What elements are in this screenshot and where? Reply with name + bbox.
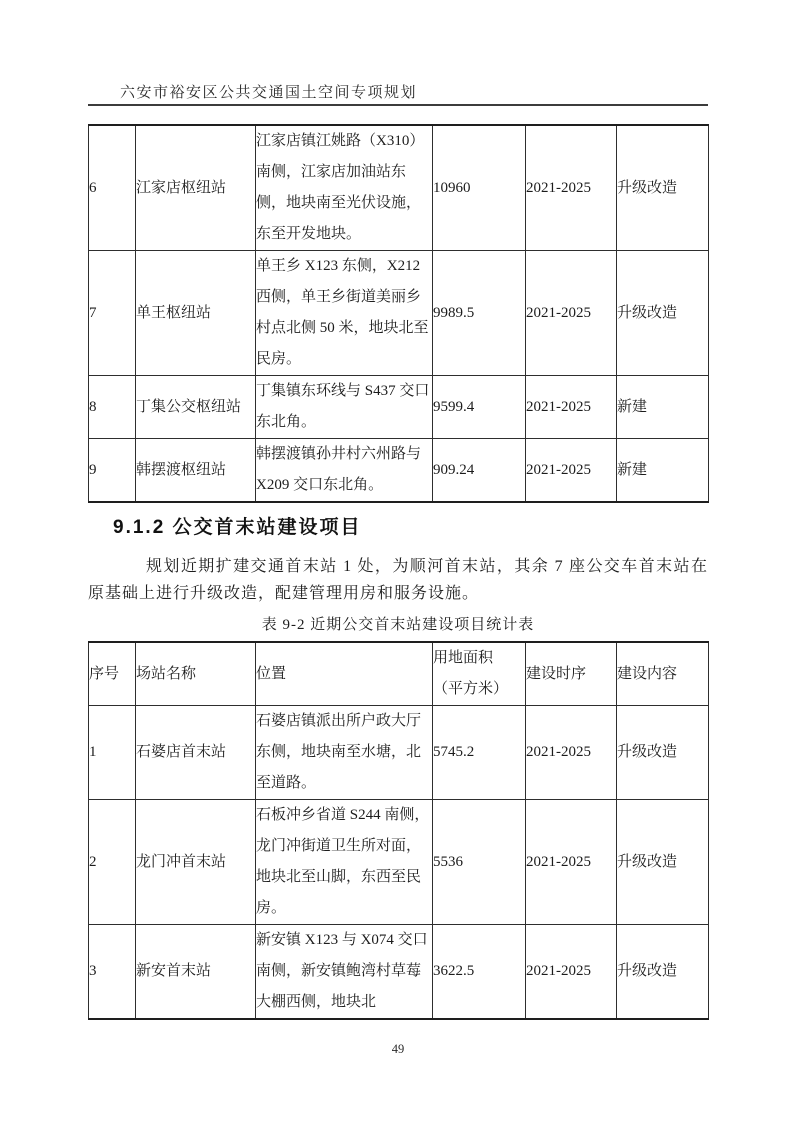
cell-build-content: 新建 [617, 376, 709, 439]
cell-land-area: 9989.5 [433, 251, 526, 376]
cell-build-content: 升级改造 [617, 251, 709, 376]
table-row: 2 龙门冲首末站 石板冲乡省道 S244 南侧，龙门冲街道卫生所对面，地块北至山… [89, 800, 709, 925]
col-header-content: 建设内容 [617, 642, 709, 706]
table-row: 8 丁集公交枢纽站 丁集镇东环线与 S437 交口东北角。 9599.4 202… [89, 376, 709, 439]
cell-seq-number: 2 [89, 800, 136, 925]
table-row: 6 江家店枢纽站 江家店镇江姚路（X310）南侧，江家店加油站东侧，地块南至光伏… [89, 125, 709, 251]
table-row: 7 单王枢纽站 单王乡 X123 东侧，X212 西侧，单王乡街道美丽乡村点北侧… [89, 251, 709, 376]
cell-land-area: 909.24 [433, 439, 526, 503]
cell-location: 石板冲乡省道 S244 南侧，龙门冲街道卫生所对面，地块北至山脚，东西至民房。 [256, 800, 433, 925]
cell-location: 韩摆渡镇孙井村六州路与 X209 交口东北角。 [256, 439, 433, 503]
cell-land-area: 9599.4 [433, 376, 526, 439]
page-number: 49 [88, 1042, 708, 1057]
col-header-area-line2: （平方米） [433, 674, 525, 705]
cell-seq-number: 1 [89, 706, 136, 800]
cell-station-name: 韩摆渡枢纽站 [136, 439, 256, 503]
table-row: 9 韩摆渡枢纽站 韩摆渡镇孙井村六州路与 X209 交口东北角。 909.24 … [89, 439, 709, 503]
col-header-area: 用地面积 （平方米） [433, 642, 526, 706]
cell-location: 江家店镇江姚路（X310）南侧，江家店加油站东侧，地块南至光伏设施，东至开发地块… [256, 125, 433, 251]
page-content: 六安市裕安区公共交通国土空间专项规划 6 江家店枢纽站 江家店镇江姚路（X310… [88, 85, 708, 1057]
cell-station-name: 新安首末站 [136, 925, 256, 1020]
cell-build-period: 2021-2025 [526, 125, 617, 251]
cell-build-period: 2021-2025 [526, 251, 617, 376]
cell-location: 石婆店镇派出所户政大厅东侧，地块南至水塘，北至道路。 [256, 706, 433, 800]
cell-seq-number: 8 [89, 376, 136, 439]
cell-location: 新安镇 X123 与 X074 交口南侧，新安镇鲍湾村草莓大棚西侧，地块北 [256, 925, 433, 1020]
col-header-location: 位置 [256, 642, 433, 706]
table-caption: 表 9-2 近期公交首末站建设项目统计表 [88, 615, 708, 636]
cell-station-name: 丁集公交枢纽站 [136, 376, 256, 439]
cell-build-content: 升级改造 [617, 800, 709, 925]
cell-location: 丁集镇东环线与 S437 交口东北角。 [256, 376, 433, 439]
table-row: 3 新安首末站 新安镇 X123 与 X074 交口南侧，新安镇鲍湾村草莓大棚西… [89, 925, 709, 1020]
cell-station-name: 龙门冲首末站 [136, 800, 256, 925]
cell-station-name: 单王枢纽站 [136, 251, 256, 376]
cell-build-content: 升级改造 [617, 925, 709, 1020]
cell-land-area: 5745.2 [433, 706, 526, 800]
col-header-seq: 序号 [89, 642, 136, 706]
col-header-period: 建设时序 [526, 642, 617, 706]
cell-build-period: 2021-2025 [526, 800, 617, 925]
body-paragraph: 规划近期扩建交通首末站 1 处，为顺河首末站，其余 7 座公交车首末站在原基础上… [88, 553, 708, 607]
cell-land-area: 10960 [433, 125, 526, 251]
document-header-title: 六安市裕安区公共交通国土空间专项规划 [88, 85, 708, 102]
cell-location: 单王乡 X123 东侧，X212 西侧，单王乡街道美丽乡村点北侧 50 米，地块… [256, 251, 433, 376]
cell-build-period: 2021-2025 [526, 706, 617, 800]
document-header: 六安市裕安区公共交通国土空间专项规划 [88, 85, 708, 106]
cell-station-name: 石婆店首末站 [136, 706, 256, 800]
cell-build-period: 2021-2025 [526, 376, 617, 439]
cell-station-name: 江家店枢纽站 [136, 125, 256, 251]
cell-build-period: 2021-2025 [526, 925, 617, 1020]
cell-build-content: 升级改造 [617, 706, 709, 800]
cell-land-area: 3622.5 [433, 925, 526, 1020]
cell-seq-number: 6 [89, 125, 136, 251]
cell-seq-number: 7 [89, 251, 136, 376]
cell-build-period: 2021-2025 [526, 439, 617, 503]
table-row: 1 石婆店首末站 石婆店镇派出所户政大厅东侧，地块南至水塘，北至道路。 5745… [89, 706, 709, 800]
col-header-area-line1: 用地面积 [433, 643, 525, 674]
cell-seq-number: 3 [89, 925, 136, 1020]
terminal-station-table: 序号 场站名称 位置 用地面积 （平方米） 建设时序 建设内容 1 石婆店首末站… [88, 641, 709, 1020]
hub-station-table: 6 江家店枢纽站 江家店镇江姚路（X310）南侧，江家店加油站东侧，地块南至光伏… [88, 124, 709, 503]
table-header-row: 序号 场站名称 位置 用地面积 （平方米） 建设时序 建设内容 [89, 642, 709, 706]
cell-seq-number: 9 [89, 439, 136, 503]
cell-land-area: 5536 [433, 800, 526, 925]
section-heading: 9.1.2 公交首末站建设项目 [113, 515, 708, 541]
col-header-name: 场站名称 [136, 642, 256, 706]
cell-build-content: 新建 [617, 439, 709, 503]
cell-build-content: 升级改造 [617, 125, 709, 251]
